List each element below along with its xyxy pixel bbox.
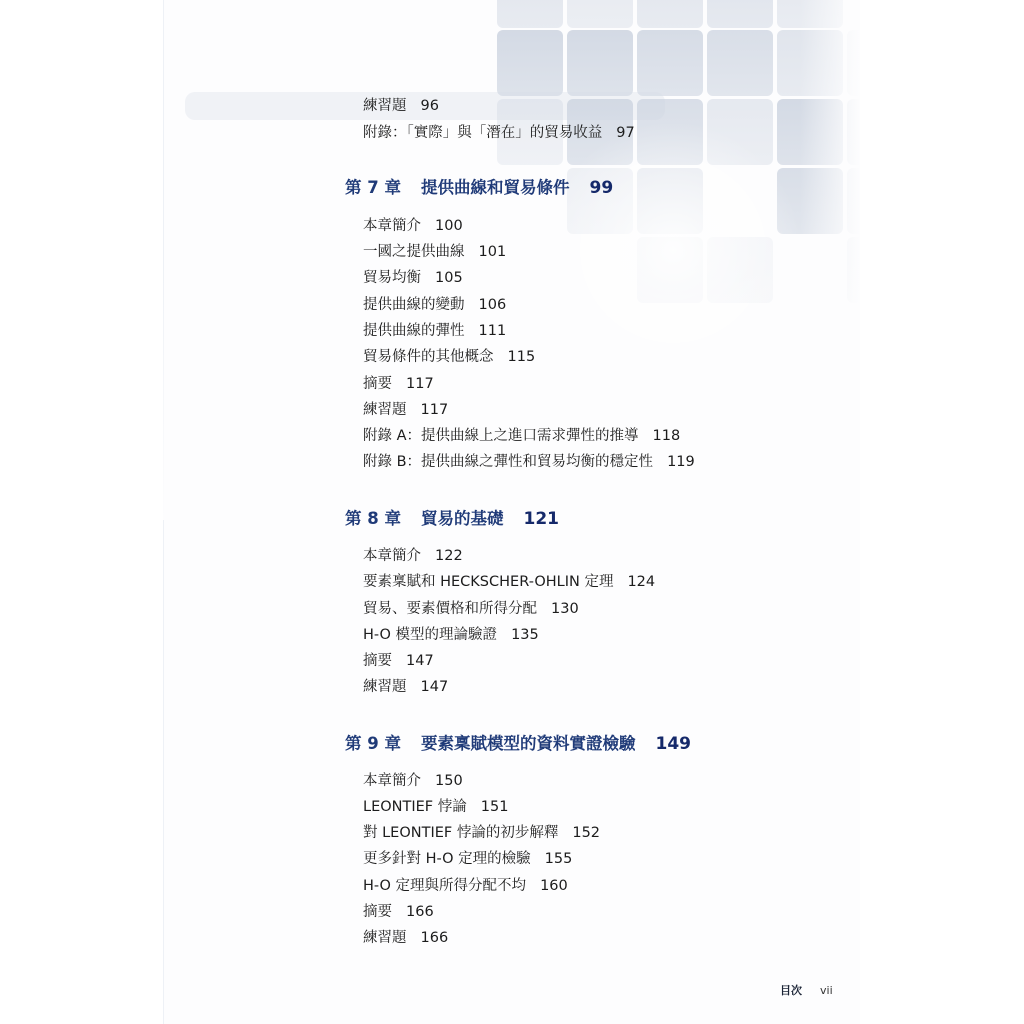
entry-title: H-O 定理與所得分配不均 bbox=[363, 878, 526, 894]
entry-title: 一國之提供曲線 bbox=[363, 244, 465, 260]
entry-title: 練習題 bbox=[363, 402, 407, 418]
entry-page: 122 bbox=[435, 548, 463, 564]
entry-page: 130 bbox=[551, 601, 579, 617]
entry-title: 本章簡介 bbox=[363, 548, 421, 564]
toc-entry[interactable]: H-O 模型的理論驗證135 bbox=[363, 625, 539, 645]
entry-title: 本章簡介 bbox=[363, 773, 421, 789]
toc-entry[interactable]: 練習題96 bbox=[363, 96, 439, 116]
entry-page: 111 bbox=[479, 323, 507, 339]
chapter-heading-9[interactable]: 第 9 章要素稟賦模型的資料實證檢驗149 bbox=[345, 733, 691, 755]
toc-entry[interactable]: 提供曲線的變動106 bbox=[363, 295, 506, 315]
footer-page-number: vii bbox=[820, 984, 833, 997]
toc-entry[interactable]: 貿易、要素價格和所得分配130 bbox=[363, 599, 579, 619]
toc-entry[interactable]: 提供曲線的彈性111 bbox=[363, 321, 506, 341]
toc-entry[interactable]: 對 LEONTIEF 悖論的初步解釋152 bbox=[363, 823, 600, 843]
chapter-page: 121 bbox=[523, 509, 559, 529]
entry-page: 105 bbox=[435, 270, 463, 286]
entry-page: 135 bbox=[511, 627, 539, 643]
toc-entry[interactable]: LEONTIEF 悖論151 bbox=[363, 797, 508, 817]
entry-title: 附錄 A：提供曲線上之進口需求彈性的推導 bbox=[363, 428, 639, 444]
toc-entry[interactable]: 附錄 B：提供曲線之彈性和貿易均衡的穩定性119 bbox=[363, 452, 695, 472]
toc-entry[interactable]: 摘要117 bbox=[363, 374, 434, 394]
entry-title: 提供曲線的彈性 bbox=[363, 323, 465, 339]
chapter-heading-8[interactable]: 第 8 章貿易的基礎121 bbox=[345, 508, 559, 530]
entry-title: 練習題 bbox=[363, 98, 407, 114]
entry-title: 提供曲線的變動 bbox=[363, 297, 465, 313]
toc-entry[interactable]: 摘要166 bbox=[363, 902, 434, 922]
entry-title: 摘要 bbox=[363, 904, 392, 920]
toc-entry[interactable]: 要素稟賦和 HECKSCHER-OHLIN 定理124 bbox=[363, 572, 655, 592]
entry-title: 練習題 bbox=[363, 930, 407, 946]
entry-page: 117 bbox=[406, 376, 434, 392]
entry-title: 貿易、要素價格和所得分配 bbox=[363, 601, 537, 617]
entry-title: 練習題 bbox=[363, 679, 407, 695]
entry-page: 97 bbox=[616, 125, 634, 141]
toc-entry[interactable]: 本章簡介150 bbox=[363, 771, 463, 791]
entry-title: 附錄 B：提供曲線之彈性和貿易均衡的穩定性 bbox=[363, 454, 653, 470]
chapter-label: 第 9 章 bbox=[345, 734, 401, 753]
page-footer: 目次vii bbox=[780, 982, 833, 998]
entry-page: 147 bbox=[406, 653, 434, 669]
entry-title: LEONTIEF 悖論 bbox=[363, 799, 467, 815]
entry-page: 151 bbox=[481, 799, 509, 815]
entry-page: 160 bbox=[540, 878, 568, 894]
entry-title: 摘要 bbox=[363, 653, 392, 669]
entry-page: 115 bbox=[508, 349, 536, 365]
entry-title: 附錄：「實際」與「潛在」的貿易收益 bbox=[363, 125, 602, 141]
toc-entry[interactable]: 更多針對 H-O 定理的檢驗155 bbox=[363, 849, 572, 869]
entry-title: H-O 模型的理論驗證 bbox=[363, 627, 497, 643]
toc-entry[interactable]: 練習題147 bbox=[363, 677, 448, 697]
entry-title: 對 LEONTIEF 悖論的初步解釋 bbox=[363, 825, 558, 841]
entry-page: 119 bbox=[667, 454, 695, 470]
entry-page: 166 bbox=[421, 930, 449, 946]
entry-page: 166 bbox=[406, 904, 434, 920]
entry-page: 152 bbox=[572, 825, 600, 841]
toc-entry[interactable]: 練習題166 bbox=[363, 928, 448, 948]
toc-entry[interactable]: 貿易條件的其他概念115 bbox=[363, 347, 535, 367]
entry-title: 摘要 bbox=[363, 376, 392, 392]
table-of-contents: 練習題96 附錄：「實際」與「潛在」的貿易收益97 第 7 章提供曲線和貿易條件… bbox=[0, 0, 1024, 1024]
chapter-title: 提供曲線和貿易條件 bbox=[421, 178, 570, 197]
chapter-title: 貿易的基礎 bbox=[421, 509, 504, 528]
entry-page: 147 bbox=[421, 679, 449, 695]
entry-page: 150 bbox=[435, 773, 463, 789]
footer-section-label: 目次 bbox=[780, 984, 802, 997]
entry-title: 貿易條件的其他概念 bbox=[363, 349, 494, 365]
entry-page: 100 bbox=[435, 218, 463, 234]
toc-entry[interactable]: 本章簡介100 bbox=[363, 216, 463, 236]
toc-entry[interactable]: H-O 定理與所得分配不均160 bbox=[363, 876, 568, 896]
toc-entry[interactable]: 練習題117 bbox=[363, 400, 448, 420]
entry-page: 96 bbox=[421, 98, 439, 114]
entry-page: 155 bbox=[545, 851, 573, 867]
entry-page: 106 bbox=[479, 297, 507, 313]
entry-page: 117 bbox=[421, 402, 449, 418]
entry-title: 本章簡介 bbox=[363, 218, 421, 234]
entry-title: 貿易均衡 bbox=[363, 270, 421, 286]
chapter-label: 第 7 章 bbox=[345, 178, 401, 197]
toc-entry[interactable]: 本章簡介122 bbox=[363, 546, 463, 566]
chapter-page: 149 bbox=[655, 734, 691, 754]
toc-entry[interactable]: 貿易均衡105 bbox=[363, 268, 463, 288]
toc-entry[interactable]: 一國之提供曲線101 bbox=[363, 242, 506, 262]
entry-title: 更多針對 H-O 定理的檢驗 bbox=[363, 851, 531, 867]
toc-entry[interactable]: 附錄：「實際」與「潛在」的貿易收益97 bbox=[363, 123, 635, 143]
chapter-label: 第 8 章 bbox=[345, 509, 401, 528]
entry-page: 124 bbox=[627, 574, 655, 590]
toc-entry[interactable]: 摘要147 bbox=[363, 651, 434, 671]
entry-page: 101 bbox=[479, 244, 507, 260]
chapter-title: 要素稟賦模型的資料實證檢驗 bbox=[421, 734, 636, 753]
entry-page: 118 bbox=[653, 428, 681, 444]
entry-title: 要素稟賦和 HECKSCHER-OHLIN 定理 bbox=[363, 574, 613, 590]
chapter-page: 99 bbox=[589, 178, 613, 198]
toc-entry[interactable]: 附錄 A：提供曲線上之進口需求彈性的推導118 bbox=[363, 426, 680, 446]
chapter-heading-7[interactable]: 第 7 章提供曲線和貿易條件99 bbox=[345, 177, 613, 199]
